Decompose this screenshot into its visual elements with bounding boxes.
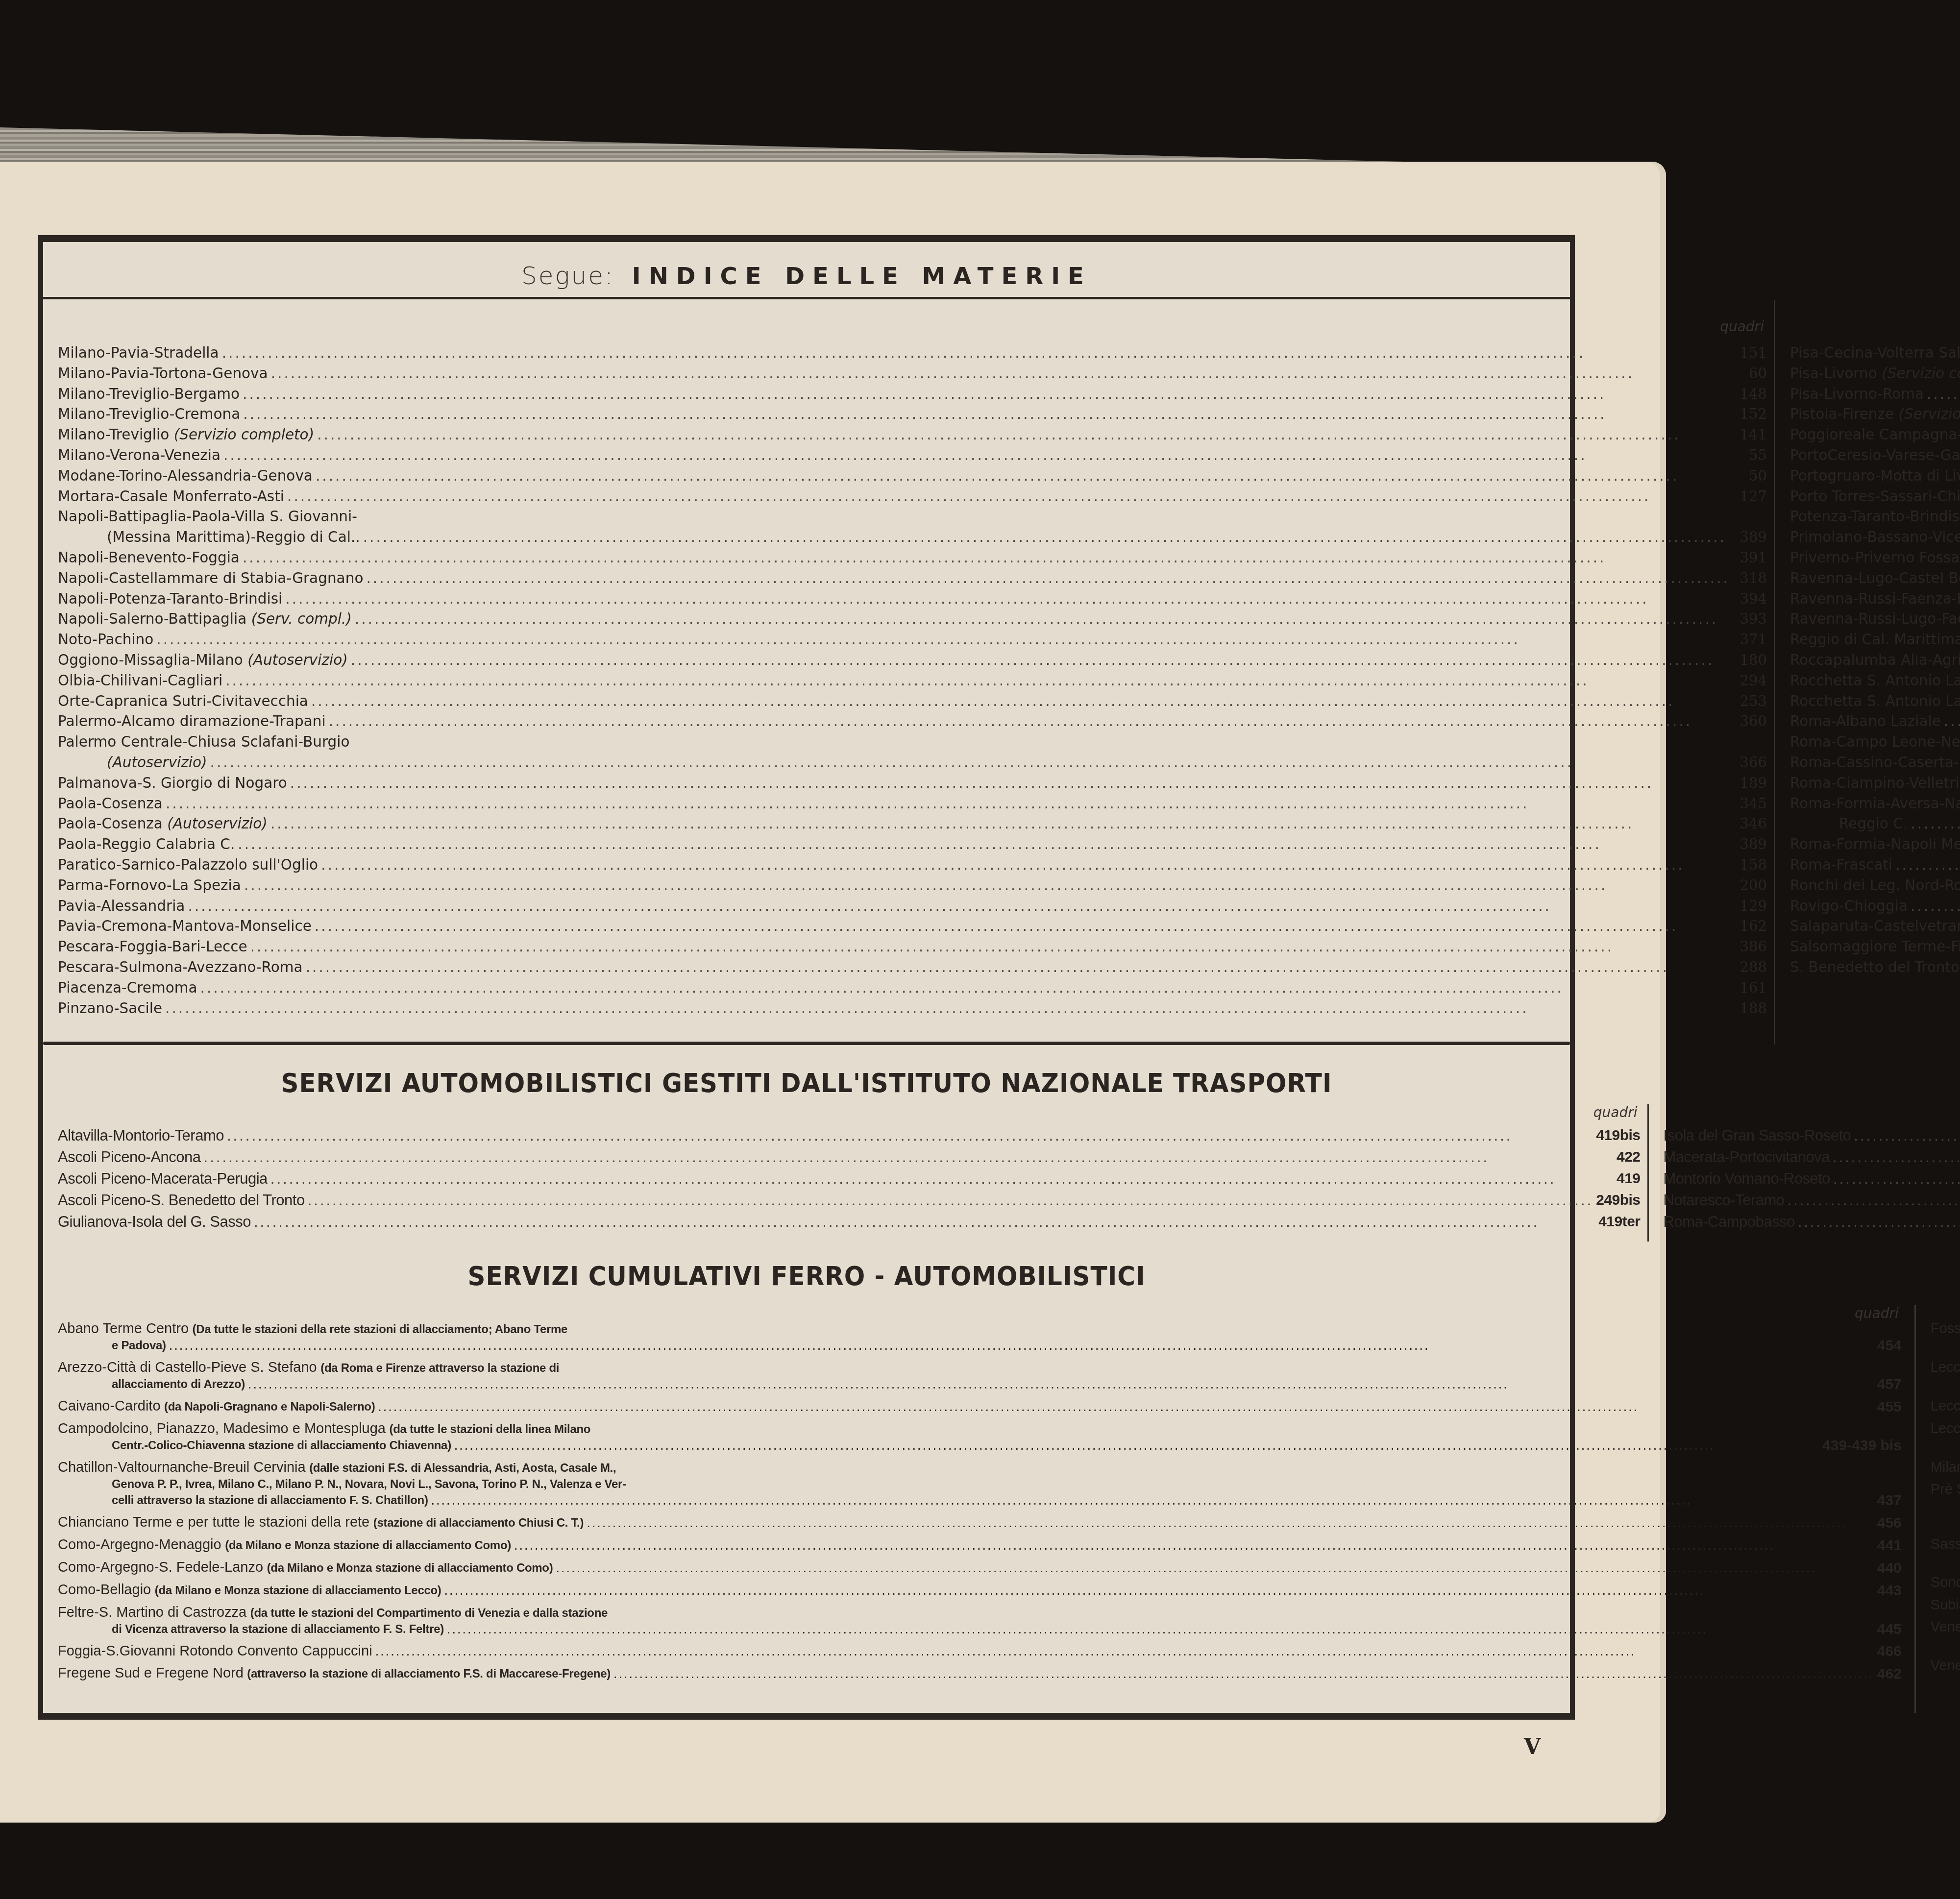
leader-dots bbox=[188, 896, 1729, 917]
entry-name-wrap: Porto Torres-Sassari-Chilivani bbox=[1790, 487, 1960, 507]
leader-dots bbox=[223, 445, 1730, 466]
entry-name-wrap: Napoli-Potenza-Taranto-Brindisi bbox=[58, 589, 282, 609]
entry-name: Ravenna-Lugo-Castel Bolognese bbox=[1790, 570, 1960, 586]
entry-name: Venezia Mestre-Jesolo e S Donà di Piave-… bbox=[1931, 1658, 1960, 1674]
cumulative-services-table: quadriAbano Terme Centro (Da tutte le st… bbox=[43, 1305, 1570, 1713]
entry-name: Caivano-Cardito bbox=[58, 1398, 161, 1414]
entry-text: Fregene Sud e Fregene Nord (attraverso l… bbox=[58, 1665, 611, 1682]
page-number: V bbox=[1524, 1734, 1541, 1759]
cumulative-entry[interactable]: Abano Terme Centro (Da tutte le stazioni… bbox=[58, 1321, 1902, 1354]
leader-dots bbox=[165, 998, 1730, 1019]
leader-dots bbox=[166, 794, 1730, 814]
entry-description: (attraverso la stazione di allacciamento… bbox=[247, 1667, 611, 1680]
entry-name: Roma-Frascati bbox=[1790, 856, 1892, 873]
entry-name: Arezzo-Città di Castello-Pieve S. Stefan… bbox=[58, 1360, 317, 1375]
entry-name: Roma-Cassino-Caserta-Napoli bbox=[1790, 754, 1960, 771]
cumulative-entry[interactable]: Chatillon-Valtournanche-Breuil Cervinia … bbox=[58, 1460, 1902, 1509]
entry-name: Milano-Pavia-Tortona-Genova bbox=[58, 365, 268, 382]
leader-dots bbox=[270, 814, 1730, 834]
leader-dots bbox=[1798, 1211, 1960, 1233]
entry-table-number: 462 bbox=[1877, 1666, 1902, 1682]
entry-name-wrap: Paola-Cosenza bbox=[58, 794, 163, 814]
index-entry[interactable]: Pavia-Alessandria129 bbox=[58, 896, 1767, 917]
entry-table-number: 60 bbox=[1733, 364, 1767, 384]
entry-name-wrap: Milano-Treviglio (Servizio completo) bbox=[58, 425, 314, 445]
entry-name: Milano-Pavia-Stradella bbox=[58, 344, 219, 361]
entry-name-wrap: Portogruaro-Motta di Livenza-Treviso bbox=[1790, 466, 1960, 487]
entry-name: Pavia-Alessandria bbox=[58, 898, 185, 914]
entry-table-number: 419 bbox=[1596, 1168, 1641, 1190]
entry-table-number: 161 bbox=[1733, 978, 1767, 998]
leader-dots bbox=[454, 1437, 1819, 1454]
index-entry[interactable]: Roma-Frascati301 bbox=[1790, 855, 1960, 876]
leader-dots bbox=[306, 957, 1730, 978]
entry-table-number: 162 bbox=[1733, 916, 1767, 937]
entry-line: Foggia-S.Giovanni Rotondo Convento Cappu… bbox=[58, 1643, 1902, 1659]
index-entry[interactable]: Paola-Cosenza345 bbox=[58, 794, 1767, 814]
leader-dots bbox=[321, 855, 1730, 876]
entry-note: (Autoservizio) bbox=[247, 652, 348, 668]
index-entry[interactable]: Pescara-Sulmona-Avezzano-Roma288 bbox=[58, 957, 1767, 978]
entry-name-wrap: Milano-Pavia-Tortona-Genova bbox=[58, 364, 268, 384]
index-entry[interactable]: Roma-Campo Leone-Nettuno300 bbox=[1790, 732, 1960, 753]
index-entry[interactable]: Pistoia-Firenze (Servizio completo)215 bbox=[1790, 404, 1960, 425]
index-entry[interactable]: Pescara-Foggia-Bari-Lecce386 bbox=[58, 937, 1767, 957]
entry-name: Napoli-Castellammare di Stabia-Gragnano bbox=[58, 570, 363, 586]
entry-last-line: e Vercelli attraverso la stazione di all… bbox=[1931, 1514, 1960, 1531]
leader-dots bbox=[587, 1515, 1874, 1531]
entry-name: Roma-Ciampino-Velletri bbox=[1790, 775, 1960, 791]
entry-name: Pistoia-Firenze bbox=[1790, 406, 1894, 422]
entry-name: Porto Torres-Sassari-Chilivani bbox=[1790, 488, 1960, 505]
index-entry[interactable]: S. Benedetto del Tronto-Ascoli Piceno256 bbox=[1790, 957, 1960, 978]
entry-name-cont: (Messina Marittima)-Reggio di Cal.. bbox=[107, 527, 360, 548]
entry-continuation: di Vicenza attraverso la stazione di all… bbox=[112, 1621, 444, 1637]
entry-name-wrap: Roccapalumba Alia-Agrigento Centrale bbox=[1790, 650, 1960, 671]
index-entry[interactable]: Priverno-Priverno Fossanova-Terracina305 bbox=[1790, 548, 1960, 568]
int-entry[interactable]: Giulianova-Isola del G. Sasso419ter bbox=[58, 1211, 1641, 1233]
leader-dots bbox=[1911, 896, 1960, 917]
index-entry[interactable]: Parma-Fornovo-La Spezia200 bbox=[58, 876, 1767, 896]
entry-first-line: Lecco-Taceno (dalle stazioni F.S. di Mil… bbox=[1931, 1421, 1960, 1437]
cumulative-entry[interactable]: Feltre-S. Martino di Castrozza (da tutte… bbox=[58, 1605, 1902, 1637]
index-entry[interactable]: Reggio di Cal. Marittima-Messina Maritti… bbox=[1790, 630, 1960, 650]
entry-description: (da tutte le stazioni del Compartimento … bbox=[250, 1607, 608, 1620]
entry-table-number: 318 bbox=[1733, 568, 1767, 589]
index-entry[interactable]: Primolano-Bassano-Vicenza171 bbox=[1790, 527, 1960, 548]
index-entry[interactable]: Mortara-Casale Monferrato-Asti127 bbox=[58, 487, 1767, 507]
leader-dots bbox=[254, 1211, 1593, 1233]
entry-name: Pisa-Livorno-Roma bbox=[1790, 386, 1924, 402]
int-services-table: quadriAltavilla-Montorio-Teramo419bisAsc… bbox=[43, 1104, 1570, 1242]
cumulative-entry[interactable]: Fregene Sud e Fregene Nord (attraverso l… bbox=[58, 1665, 1902, 1682]
index-entry[interactable]: Napoli-Salerno-Battipaglia (Serv. compl.… bbox=[58, 609, 1767, 630]
entry-text: Como-Bellagio (da Milano e Monza stazion… bbox=[58, 1582, 441, 1599]
entry-table-number: 454 bbox=[1877, 1338, 1902, 1354]
leader-dots bbox=[447, 1621, 1874, 1637]
index-entry[interactable]: Salaparuta-Castelvetrano378 bbox=[1790, 916, 1960, 937]
index-entry[interactable]: Modane-Torino-Alessandria-Genova50 bbox=[58, 466, 1767, 487]
entry-name: Paola-Reggio Calabria C. bbox=[58, 836, 235, 852]
entry-first-line: Fossato di Vico-Gubbio (dalle staz. F. S… bbox=[1931, 1321, 1960, 1338]
entry-name-wrap: Palermo-Alcamo diramazione-Trapani bbox=[58, 711, 326, 732]
entry-table-number: 50 bbox=[1733, 466, 1767, 487]
cumulative-entry[interactable]: Como-Argegno-S. Fedele-Lanzo (da Milano … bbox=[58, 1559, 1902, 1576]
leader-dots bbox=[243, 548, 1730, 568]
leader-dots bbox=[271, 364, 1730, 384]
index-entry[interactable]: Porto Torres-Sassari-Chilivani295 bbox=[1790, 487, 1960, 507]
index-entry[interactable]: PortoCeresio-Varese-Gallarate-Milano144 bbox=[1790, 445, 1960, 466]
entry-name-wrap: Pescara-Foggia-Bari-Lecce bbox=[58, 937, 247, 957]
entry-name-wrap: Paola-Reggio Calabria C. bbox=[58, 834, 235, 855]
entry-name: Roma-Campo Leone-Nettuno bbox=[1790, 733, 1960, 750]
index-entry[interactable]: Napoli-Castellammare di Stabia-Gragnano3… bbox=[58, 568, 1767, 589]
entry-table-number: 345 bbox=[1733, 794, 1767, 814]
column-header-quadri: quadri bbox=[58, 1104, 1641, 1125]
index-entry[interactable]: Palermo Centrale-Chiusa Sclafani-Burgio(… bbox=[58, 732, 1767, 773]
leader-dots bbox=[556, 1560, 1874, 1576]
entry-name-wrap: Olbia-Chilivani-Cagliari bbox=[58, 671, 222, 691]
entry-text: Subiaco-Mandela-(Roma) bbox=[1931, 1597, 1960, 1613]
index-entry[interactable]: Napoli-Benevento-Foggia391 bbox=[58, 548, 1767, 568]
index-entry[interactable]: Olbia-Chilivani-Cagliari294 bbox=[58, 671, 1767, 691]
index-entry[interactable]: Piacenza-Cremoma161 bbox=[58, 978, 1767, 998]
entry-name-wrap: Roma-Cassino-Caserta-Napoli bbox=[1790, 753, 1960, 773]
entry-name: Salaparuta-Castelvetrano bbox=[1790, 918, 1960, 934]
leader-dots bbox=[366, 568, 1729, 589]
cumulative-column: quadriAbano Terme Centro (Da tutte le st… bbox=[43, 1305, 1916, 1713]
entry-name: Montorio Vomano-Roseto bbox=[1664, 1168, 1831, 1190]
entry-table-number: 200 bbox=[1733, 876, 1767, 896]
index-entry[interactable]: Pisa-Cecina-Volterra Saline-Pomarance225 bbox=[1790, 343, 1960, 364]
index-entry[interactable]: Poggioreale Campagna-Trieste Centrale80 bbox=[1790, 425, 1960, 445]
entry-name: Isola del Gran Sasso-Roseto bbox=[1664, 1125, 1851, 1146]
entry-name-wrap: Roma-Campo Leone-Nettuno bbox=[1790, 732, 1960, 753]
cumulative-entry[interactable]: Milano-Dolomiti, Venezia Dolomiti e Roma… bbox=[1931, 1460, 1960, 1476]
entry-text: Como-Argegno-Menaggio (da Milano e Monza… bbox=[58, 1537, 511, 1554]
leader-dots bbox=[285, 589, 1730, 609]
entry-name: Roccapalumba Alia-Agrigento Centrale bbox=[1790, 652, 1960, 668]
entry-description: (da Roma e Firenze attraverso la stazion… bbox=[320, 1362, 559, 1375]
entry-name-wrap: Pavia-Cremona-Mantova-Monselice bbox=[58, 916, 312, 937]
index-entry[interactable]: Pisa-Livorno-Roma250 bbox=[1790, 384, 1960, 405]
cumulative-entry[interactable]: Como-Argegno-Menaggio (da Milano e Monza… bbox=[58, 1537, 1902, 1554]
leader-dots bbox=[1833, 1146, 1960, 1168]
leader-dots bbox=[244, 876, 1730, 896]
entry-name: Fregene Sud e Fregene Nord bbox=[58, 1665, 244, 1681]
leader-dots bbox=[355, 609, 1730, 630]
index-entry[interactable]: Potenza-Taranto-Brindisi394 bbox=[1790, 507, 1960, 527]
index-entry[interactable]: Milano-Pavia-Tortona-Genova60 bbox=[58, 364, 1767, 384]
index-entry[interactable]: Roma-Formia-Napoli Mergellina389 bbox=[1790, 834, 1960, 855]
cumulative-entry[interactable]: Lecco-Bellagio (da Milano e Monza stazio… bbox=[1931, 1398, 1960, 1415]
entry-name: Subiaco-Mandela-(Roma) bbox=[1931, 1597, 1960, 1613]
entry-continuation: (Messina Marittima)-Reggio di Cal..389 bbox=[58, 527, 1767, 548]
entry-description: (da tutte le stazioni della linea Milano bbox=[390, 1423, 591, 1436]
index-entry[interactable]: Rocchetta S. Antonio Lacedonia-Avellino3… bbox=[1790, 671, 1960, 691]
leader-dots bbox=[210, 753, 1730, 773]
entry-name: Olbia-Chilivani-Cagliari bbox=[58, 672, 222, 689]
index-entry[interactable]: Roccapalumba Alia-Agrigento Centrale365 bbox=[1790, 650, 1960, 671]
entry-last-line: celli attraverso la stazione di allaccia… bbox=[58, 1492, 1902, 1509]
entry-name: Pescara-Foggia-Bari-Lecce bbox=[58, 938, 247, 955]
entry-name: Altavilla-Montorio-Teramo bbox=[58, 1125, 224, 1146]
index-entry[interactable]: Pinzano-Sacile188 bbox=[58, 998, 1767, 1019]
int-entry[interactable]: Macerata-Portocivitanova420bis bbox=[1664, 1146, 1960, 1168]
leader-dots bbox=[1854, 1125, 1960, 1146]
entry-name-wrap: PortoCeresio-Varese-Gallarate-Milano bbox=[1790, 445, 1960, 466]
entry-name: Milano-Verona-Venezia bbox=[58, 447, 220, 463]
entry-description: (stazione di allacciamento Chiusi C. T.) bbox=[373, 1516, 584, 1530]
entry-name-wrap: Reggio di Cal. Marittima-Messina Maritti… bbox=[1790, 630, 1960, 650]
cumulative-entry[interactable]: Sondrio-Teglio (da Milano, Monza, Lecco,… bbox=[1931, 1575, 1960, 1591]
leader-dots bbox=[238, 834, 1730, 855]
leader-dots bbox=[225, 671, 1730, 691]
leader-dots bbox=[1833, 1168, 1960, 1190]
index-entry[interactable]: Milano-Verona-Venezia55 bbox=[58, 445, 1767, 466]
entry-name: Rovigo-Chioggia bbox=[1790, 898, 1908, 914]
int-column: quadriAltavilla-Montorio-Teramo419bisAsc… bbox=[43, 1104, 1649, 1242]
entry-name-wrap: Napoli-Benevento-Foggia bbox=[58, 548, 240, 568]
entry-name-wrap: Roma-Formia-Napoli Mergellina bbox=[1790, 834, 1960, 855]
entry-name: Pescara-Sulmona-Avezzano-Roma bbox=[58, 959, 303, 975]
entry-name-wrap: Palmanova-S. Giorgio di Nogaro bbox=[58, 773, 287, 794]
entry-name: Ravenna-Russi-Lugo-Faenza bbox=[1790, 610, 1960, 627]
entry-name: Palermo Centrale-Chiusa Sclafani-Burgio bbox=[58, 732, 1767, 753]
index-entry[interactable]: Rocchetta S. Antonio Lac.-Gioia del Coll… bbox=[1790, 691, 1960, 712]
leader-dots bbox=[311, 691, 1730, 712]
int-column: quadriIsola del Gran Sasso-Roseto428Mace… bbox=[1649, 1104, 1960, 1242]
entry-first-line: Abano Terme Centro (Da tutte le stazioni… bbox=[58, 1321, 1902, 1338]
index-entry[interactable]: Oggiono-Missaglia-Milano (Autoservizio)1… bbox=[58, 650, 1767, 671]
index-entry[interactable]: Noto-Pachino371 bbox=[58, 630, 1767, 650]
entry-line: Caivano-Cardito (da Napoli-Gragnano e Na… bbox=[58, 1398, 1902, 1415]
index-entry[interactable]: Pisa-Livorno (Servizio completo)231 bbox=[1790, 364, 1960, 384]
entry-name: Ascoli Piceno-S. Benedetto del Tronto bbox=[58, 1190, 305, 1211]
entry-name-wrap: Roma-Frascati bbox=[1790, 855, 1892, 876]
entry-text: Como-Argegno-S. Fedele-Lanzo (da Milano … bbox=[58, 1559, 553, 1576]
entry-table-number: 152 bbox=[1733, 404, 1767, 425]
entry-name-wrap: Ronchi dei Leg. Nord-Ronchi dei Leg. Sud… bbox=[1790, 876, 1960, 896]
index-entry[interactable]: Paratico-Sarnico-Palazzolo sull'Oglio158 bbox=[58, 855, 1767, 876]
index-entry[interactable]: Ravenna-Lugo-Castel Bolognese272 bbox=[1790, 568, 1960, 589]
index-column: quadriMilano-Pavia-Stradella151Milano-Pa… bbox=[43, 300, 1775, 1045]
index-entry[interactable]: Roma-Cassino-Caserta-Napoli390 bbox=[1790, 753, 1960, 773]
entry-line: Chianciano Terme e per tutte le stazioni… bbox=[58, 1514, 1902, 1531]
index-entry[interactable]: Salsomaggiore Terme-Fidenza156 bbox=[1790, 937, 1960, 957]
entry-name: Sondrio-Teglio bbox=[1931, 1575, 1960, 1590]
leader-dots bbox=[613, 1666, 1874, 1682]
cumulative-entry[interactable]: Venezia Mestre-S. Donà di Piave-Caorle (… bbox=[1931, 1619, 1960, 1652]
entry-name: Como-Argegno-Menaggio bbox=[58, 1537, 221, 1553]
entry-table-number: 437 bbox=[1877, 1492, 1902, 1509]
leader-dots bbox=[363, 527, 1730, 548]
int-entry[interactable]: Montorio Vomano-Roseto429 bbox=[1664, 1168, 1960, 1190]
entry-continuation: Centr.-Colico-Chiavenna stazione di alla… bbox=[112, 1437, 451, 1454]
index-entry[interactable]: Paola-Cosenza (Autoservizio)346 bbox=[58, 814, 1767, 834]
entry-first-line: Lecco-Barzio (dalle stazioni F. S. di Mi… bbox=[1931, 1360, 1960, 1376]
cumulative-column: quadriFossato di Vico-Gubbio (dalle staz… bbox=[1916, 1305, 1960, 1713]
entry-first-line: Arezzo-Città di Castello-Pieve S. Stefan… bbox=[58, 1360, 1902, 1376]
entry-name-wrap: Noto-Pachino bbox=[58, 630, 153, 650]
entry-table-number: 419ter bbox=[1596, 1211, 1641, 1233]
entry-name-wrap: Primolano-Bassano-Vicenza bbox=[1790, 527, 1960, 548]
index-entry[interactable]: Rovigo-Chioggia167 bbox=[1790, 896, 1960, 917]
leader-dots bbox=[250, 937, 1730, 957]
index-entry[interactable]: Roma-Albano Laziale303 bbox=[1790, 711, 1960, 732]
entry-line: Lecco-Bellagio (da Milano e Monza stazio… bbox=[1931, 1398, 1960, 1415]
entry-note: (Serv. compl.) bbox=[251, 610, 352, 627]
cumulative-entry[interactable]: Arezzo-Città di Castello-Pieve S. Stefan… bbox=[58, 1360, 1902, 1392]
entry-name: PortoCeresio-Varese-Gallarate-Milano bbox=[1790, 447, 1960, 463]
index-entry[interactable]: Milano-Treviglio (Servizio completo)141 bbox=[58, 425, 1767, 445]
int-entry[interactable]: Ascoli Piceno-S. Benedetto del Tronto249… bbox=[58, 1190, 1641, 1211]
entry-note: (Servizio completo) bbox=[1882, 365, 1960, 382]
entry-name: Foggia-S.Giovanni Rotondo Convento Cappu… bbox=[58, 1643, 372, 1659]
entry-last-line: Centr.-Colico-Chiavenna stazione di alla… bbox=[58, 1437, 1902, 1454]
int-entry[interactable]: Isola del Gran Sasso-Roseto428 bbox=[1664, 1125, 1960, 1146]
entry-name: Potenza-Taranto-Brindisi bbox=[1790, 508, 1960, 525]
entry-name: Pavia-Cremona-Mantova-Monselice bbox=[58, 918, 312, 934]
index-entry[interactable]: Ravenna-Russi-Lugo-Faenza273 bbox=[1790, 609, 1960, 630]
entry-name: Ascoli Piceno-Ancona bbox=[58, 1146, 201, 1168]
entry-table-number: 391 bbox=[1733, 548, 1767, 568]
entry-description: (da Milano e Monza stazione di allacciam… bbox=[155, 1584, 441, 1597]
entry-text: Sondrio-Teglio (da Milano, Monza, Lecco,… bbox=[1931, 1575, 1960, 1591]
leader-dots bbox=[169, 1338, 1874, 1354]
entry-table-number: 371 bbox=[1733, 630, 1767, 650]
column-header-quadri: quadri bbox=[58, 318, 1767, 343]
index-entry[interactable]: Roma-Formia-Aversa-Napoli Centr.-Paola-R… bbox=[1790, 794, 1960, 835]
cumulative-entry[interactable]: Lecco-Taceno (dalle stazioni F.S. di Mil… bbox=[1931, 1421, 1960, 1454]
entry-name-wrap: S. Benedetto del Tronto-Ascoli Piceno bbox=[1790, 957, 1960, 978]
entry-name: Paola-Cosenza bbox=[58, 815, 163, 832]
entry-description: (dalle stazioni F.S. di Alessandria, Ast… bbox=[309, 1461, 616, 1475]
index-entry[interactable]: Napoli-Potenza-Taranto-Brindisi394 bbox=[58, 589, 1767, 609]
cumulative-entry[interactable]: Lecco-Barzio (dalle stazioni F. S. di Mi… bbox=[1931, 1360, 1960, 1392]
leader-dots bbox=[444, 1582, 1874, 1599]
index-entry[interactable]: Milano-Treviglio-Cremona152 bbox=[58, 404, 1767, 425]
entry-table-number: 457 bbox=[1877, 1376, 1902, 1392]
entry-description: (da Napoli-Gragnano e Napoli-Salerno) bbox=[164, 1400, 375, 1413]
leader-dots bbox=[287, 487, 1730, 507]
entry-name-wrap: Ravenna-Russi-Faenza-Pontassieve bbox=[1790, 589, 1960, 609]
page-title: Segue: INDICE DELLE MATERIE bbox=[43, 262, 1570, 291]
entry-first-line: Chatillon-Valtournanche-Breuil Cervinia … bbox=[58, 1460, 1902, 1476]
entry-table-number: 445 bbox=[1877, 1621, 1902, 1637]
entry-name-wrap: Milano-Treviglio-Cremona bbox=[58, 404, 240, 425]
index-entry[interactable]: Pavia-Cremona-Mantova-Monselice162 bbox=[58, 916, 1767, 937]
entry-table-number: 455 bbox=[1877, 1399, 1902, 1415]
index-entry[interactable]: Paola-Reggio Calabria C.389 bbox=[58, 834, 1767, 855]
index-entry[interactable]: Orte-Capranica Sutri-Civitavecchia253 bbox=[58, 691, 1767, 712]
entry-last-line: allacciamento di Arezzo)457 bbox=[58, 1376, 1902, 1392]
cumulative-entry[interactable]: Como-Bellagio (da Milano e Monza stazion… bbox=[58, 1582, 1902, 1599]
entry-name: Abano Terme Centro bbox=[58, 1321, 189, 1337]
index-entry[interactable]: Palermo-Alcamo diramazione-Trapani360 bbox=[58, 711, 1767, 732]
entry-name-wrap: Pistoia-Firenze (Servizio completo) bbox=[1790, 404, 1960, 425]
leader-dots bbox=[514, 1537, 1874, 1554]
entry-name: Milano-Treviglio-Cremona bbox=[58, 406, 240, 422]
entry-note: (Autoservizio) bbox=[167, 815, 268, 832]
entry-name: Milano-Dolomiti, Venezia Dolomiti e Roma… bbox=[1931, 1460, 1960, 1475]
index-entry[interactable]: Roma-Ciampino-Velletri302 bbox=[1790, 773, 1960, 794]
entry-name-wrap: Milano-Pavia-Stradella bbox=[58, 343, 219, 364]
entry-last-line: Verona, Milano, Torino Bologna, Trieste)… bbox=[1931, 1636, 1960, 1652]
leader-dots bbox=[1927, 384, 1960, 405]
index-entry[interactable]: Ronchi dei Leg. Nord-Ronchi dei Leg. Sud… bbox=[1790, 876, 1960, 896]
index-entry[interactable]: Ravenna-Russi-Faenza-Pontassieve274 bbox=[1790, 589, 1960, 609]
int-entry[interactable]: Notaresco-Teramo427 bbox=[1664, 1190, 1960, 1211]
cumulative-entry[interactable]: Prè S. Didier-Courmayeur e La Thuile (da… bbox=[1931, 1482, 1960, 1531]
cumulative-entry[interactable]: Caivano-Cardito (da Napoli-Gragnano e Na… bbox=[58, 1398, 1902, 1415]
index-entry[interactable]: Napoli-Battipaglia-Paola-Villa S. Giovan… bbox=[58, 507, 1767, 548]
cumulative-entry[interactable]: Subiaco-Mandela-(Roma)458 bbox=[1931, 1597, 1960, 1613]
section-divider bbox=[43, 1042, 1570, 1045]
entry-table-number: 55 bbox=[1733, 445, 1767, 466]
leader-dots bbox=[351, 650, 1730, 671]
entry-name: Milano-Treviglio-Bergamo bbox=[58, 386, 240, 402]
entry-table-number: 288 bbox=[1733, 957, 1767, 978]
entry-continuation: allacciamento di Arezzo) bbox=[112, 1376, 245, 1392]
entry-name-wrap: Pisa-Livorno-Roma bbox=[1790, 384, 1924, 405]
entry-name: Napoli-Battipaglia-Paola-Villa S. Giovan… bbox=[58, 507, 1767, 527]
entry-name: Notaresco-Teramo bbox=[1664, 1190, 1785, 1211]
leader-dots bbox=[243, 384, 1730, 405]
int-entry[interactable]: Ascoli Piceno-Macerata-Perugia419 bbox=[58, 1168, 1641, 1190]
leader-dots bbox=[315, 916, 1730, 937]
cumulative-entry[interactable]: Foggia-S.Giovanni Rotondo Convento Cappu… bbox=[58, 1643, 1902, 1659]
leader-dots bbox=[1944, 711, 1960, 732]
leader-dots bbox=[290, 773, 1730, 794]
index-entry[interactable]: Portogruaro-Motta di Livenza-Treviso184 bbox=[1790, 466, 1960, 487]
entry-table-number: 188 bbox=[1733, 998, 1767, 1019]
entry-name: Venezia Mestre-S. Donà di Piave-Caorle bbox=[1931, 1619, 1960, 1635]
index-column: quadriPisa-Cecina-Volterra Saline-Pomara… bbox=[1775, 300, 1960, 1045]
entry-name: Campodolcino, Pianazzo, Madesimo e Monte… bbox=[58, 1421, 386, 1436]
cumulative-entry[interactable]: Sassari, Villanova, Ittiri, Usini, Scala… bbox=[1931, 1536, 1960, 1569]
entry-continuation: e Padova) bbox=[112, 1338, 166, 1354]
entry-table-number: 366 bbox=[1733, 753, 1767, 773]
index-entry[interactable]: Palmanova-S. Giorgio di Nogaro189 bbox=[58, 773, 1767, 794]
entry-table-number: 148 bbox=[1733, 384, 1767, 405]
entry-note: (Servizio completo) bbox=[174, 426, 314, 443]
entry-line: Como-Argegno-S. Fedele-Lanzo (da Milano … bbox=[58, 1559, 1902, 1576]
entry-name-wrap: Modane-Torino-Alessandria-Genova bbox=[58, 466, 313, 487]
entry-name: Palmanova-S. Giorgio di Nogaro bbox=[58, 775, 287, 791]
cumulative-entry[interactable]: Fossato di Vico-Gubbio (dalle staz. F. S… bbox=[1931, 1321, 1960, 1354]
int-entry[interactable]: Ascoli Piceno-Ancona422 bbox=[58, 1146, 1641, 1168]
entry-name: Roma-Formia-Aversa-Napoli Centr.-Paola- bbox=[1790, 794, 1960, 814]
cumulative-entry[interactable]: Chianciano Terme e per tutte le stazioni… bbox=[58, 1514, 1902, 1531]
entry-table-number: 456 bbox=[1877, 1515, 1902, 1531]
leader-dots bbox=[431, 1492, 1874, 1509]
entry-name: Sassari, Villanova, Ittiri, Usini, Scala… bbox=[1931, 1536, 1960, 1552]
index-entry[interactable]: Milano-Treviglio-Bergamo148 bbox=[58, 384, 1767, 405]
int-entry[interactable]: Altavilla-Montorio-Teramo419bis bbox=[58, 1125, 1641, 1146]
entry-name: Fossato di Vico-Gubbio bbox=[1931, 1321, 1960, 1337]
index-entry[interactable]: Milano-Pavia-Stradella151 bbox=[58, 343, 1767, 364]
entry-name-wrap: Orte-Capranica Sutri-Civitavecchia bbox=[58, 691, 308, 712]
entry-line: Subiaco-Mandela-(Roma)458 bbox=[1931, 1597, 1960, 1613]
int-entry[interactable]: Roma-Campobasso422ter bbox=[1664, 1211, 1960, 1233]
entry-name-wrap: Mortara-Casale Monferrato-Asti bbox=[58, 487, 284, 507]
cumulative-entry[interactable]: Campodolcino, Pianazzo, Madesimo e Monte… bbox=[58, 1421, 1902, 1454]
entry-table-number: 389 bbox=[1733, 527, 1767, 548]
entry-name-wrap: Paola-Cosenza (Autoservizio) bbox=[58, 814, 268, 834]
entry-name: Napoli-Potenza-Taranto-Brindisi bbox=[58, 590, 282, 607]
cumulative-entry[interactable]: Venezia Mestre-Jesolo e S Donà di Piave-… bbox=[1931, 1658, 1960, 1691]
